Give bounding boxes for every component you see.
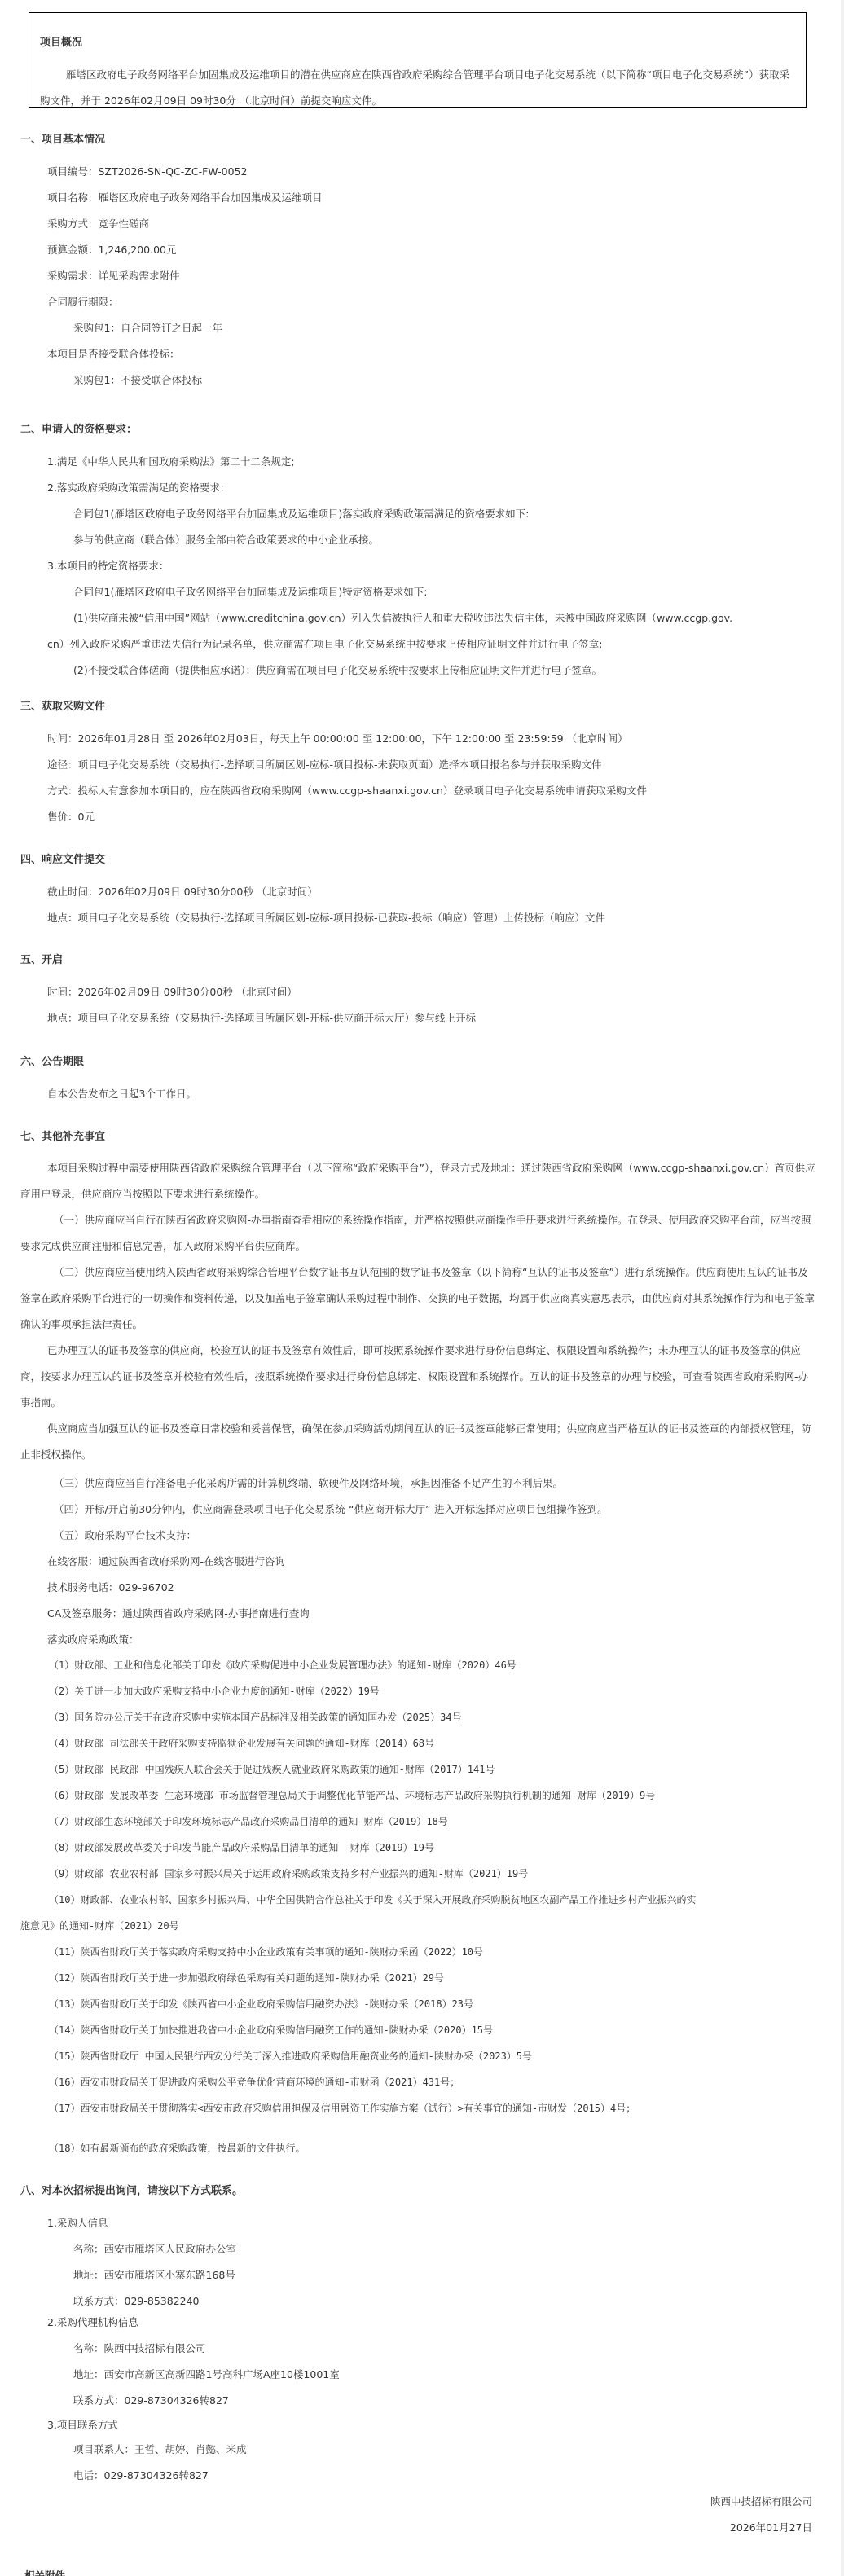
policy-item: （13）陕西省财政厅关于印发《陕西省中小企业政府采购信用融资办法》-陕财办采（2…: [49, 1997, 473, 2011]
section-6-heading: 六、公告期限: [20, 1053, 84, 1068]
acquire-time: 时间：2026年01月28日 至 2026年02月03日，每天上午 00:00:…: [47, 731, 628, 745]
attachments-heading: 相关附件: [24, 2568, 65, 2576]
consortium-label: 本项目是否接受联合体投标：: [47, 346, 180, 361]
ca-signature-service: CA及签章服务：通过陕西省政府采购网-办事指南进行查询: [47, 1606, 310, 1620]
qualification-2: 2.落实政府采购政策需满足的资格要求：: [47, 480, 230, 495]
consortium-package-1: 采购包1：不接受联合体投标: [73, 372, 202, 387]
certificate-safekeeping-paragraph: 供应商应当加强互认的证书及签章日常校验和妥善保管，确保在参加采购活动期间互认的证…: [20, 1416, 817, 1468]
certificate-bind-paragraph: 已办理互认的证书及签章的供应商，校验互认的证书及签章有效性后，即可按照系统操作要…: [20, 1338, 817, 1416]
agency-info-label: 2.采购代理机构信息: [47, 2314, 138, 2329]
policy-item: （18）如有最新颁布的政府采购政策，按最新的文件执行。: [49, 2141, 305, 2155]
policy-item: （8）财政部发展改革委关于印发节能产品政府采购品目清单的通知 -财库（2019）…: [49, 1840, 434, 1854]
project-name: 项目名称：雁塔区政府电子政务网络平台加固集成及运维项目: [47, 190, 323, 204]
instruction-3: （三）供应商应当自行准备电子化采购所需的计算机终端、软硬件及网络环境，承担因准备…: [54, 1475, 563, 1490]
project-contact-label: 3.项目联系方式: [47, 2417, 118, 2432]
policy-item: （4）财政部 司法部关于政府采购支持监狱企业发展有关问题的通知-财库（2014）…: [49, 1736, 434, 1750]
qualification-3: 3.本项目的特定资格要求：: [47, 558, 169, 573]
policy-item: （10）财政部、农业农村部、国家乡村振兴局、中华全国供销合作总社关于印发《关于深…: [49, 1892, 696, 1906]
contract-period-label: 合同履行期限：: [47, 294, 119, 309]
policy-item: （15）陕西省财政厅 中国人民银行西安分行关于深入推进政府采购信用融资业务的通知…: [49, 2049, 532, 2063]
instruction-2-paragraph: （二）供应商应当使用纳入陕西省政府采购综合管理平台数字证书互认范围的数字证书及签…: [20, 1259, 817, 1338]
policy-item-cont: 施意见》的通知-财库（2021）20号: [20, 1919, 179, 1932]
overview-text: 雁塔区政府电子政务网络平台加固集成及运维项目的潜在供应商应在陕西省政府采购综合管…: [40, 62, 796, 114]
agency-contact: 联系方式：029-87304326转827: [73, 2393, 229, 2407]
submission-deadline: 截止时间：2026年02月09日 09时30分00秒 （北京时间）: [47, 884, 318, 899]
instruction-1-paragraph: （一）供应商应当自行在陕西省政府采购网-办事指南查看相应的系统操作指南，并严格按…: [20, 1207, 817, 1259]
signature-date: 2026年01月27日: [730, 2520, 812, 2534]
section-8-heading: 八、对本次招标提出询问，请按以下方式联系。: [20, 2182, 243, 2197]
policy-item: （12）陕西省财政厅关于进一步加强政府绿色采购有关问题的通知-陕财办采（2021…: [49, 1971, 444, 1985]
qualification-3-item-1-cont: cn）列入政府采购严重违法失信行为记录名单，供应商需在项目电子化交易系统中按要求…: [47, 636, 603, 651]
section-1-heading: 一、项目基本情况: [20, 130, 105, 146]
section-4-heading: 四、响应文件提交: [20, 851, 105, 866]
section-5-heading: 五、开启: [20, 951, 63, 966]
qualification-2-detail: 参与的供应商（联合体）服务全部由符合政策要求的中小企业承接。: [73, 532, 379, 547]
qualification-3-package: 合同包1(雁塔区政府电子政务网络平台加固集成及运维项目)特定资格要求如下:: [73, 584, 427, 599]
purchaser-contact: 联系方式：029-85382240: [73, 2293, 200, 2308]
policy-item: （11）陕西省财政厅关于落实政府采购支持中小企业政策有关事项的通知-陕财办采函（…: [49, 1945, 483, 1958]
policy-label: 落实政府采购政策：: [47, 1632, 139, 1646]
policy-item: （14）陕西省财政厅关于加快推进我省中小企业政府采购信用融资工作的通知-陕财办采…: [49, 2023, 493, 2037]
qualification-3-item-2: (2)不接受联合体磋商（提供相应承诺）；供应商需在项目电子化交易系统中按要求上传…: [73, 662, 602, 677]
purchaser-name: 名称：西安市雁塔区人民政府办公室: [73, 2241, 236, 2256]
section-2-heading: 二、申请人的资格要求：: [20, 420, 137, 436]
agency-name: 名称：陕西中技招标有限公司: [73, 2341, 206, 2355]
project-overview-box: 项目概况 雁塔区政府电子政务网络平台加固集成及运维项目的潜在供应商应在陕西省政府…: [29, 12, 807, 108]
policy-item: （6）财政部 发展改革委 生态环境部 市场监督管理总局关于调整优化节能产品、环境…: [49, 1788, 655, 1802]
qualification-2-package: 合同包1(雁塔区政府电子政务网络平台加固集成及运维项目)落实政府采购政策需满足的…: [73, 506, 529, 521]
policy-item: （16）西安市财政局关于促进政府采购公平竞争优化营商环境的通知-市财函（2021…: [49, 2075, 459, 2089]
submission-location: 地点：项目电子化交易系统（交易执行-选择项目所属区划-应标-项目投标-已获取-投…: [47, 910, 605, 925]
policy-item: （5）财政部 民政部 中国残疾人联合会关于促进残疾人就业政府采购政策的通知-财库…: [49, 1762, 495, 1776]
qualification-1: 1.满足《中华人民共和国政府采购法》第二十二条规定;: [47, 454, 295, 468]
qualification-3-item-1: (1)供应商未被“信用中国”网站（www.creditchina.gov.cn）…: [73, 610, 732, 625]
opening-time: 时间：2026年02月09日 09时30分00秒 （北京时间）: [47, 984, 297, 999]
procurement-method: 采购方式：竞争性磋商: [47, 216, 149, 231]
policy-item: （9）财政部 农业农村部 国家乡村振兴局关于运用政府采购政策支持乡村产业振兴的通…: [49, 1866, 528, 1880]
acquire-route: 途径：项目电子化交易系统（交易执行-选择项目所属区划-应标-项目投标-未获取页面…: [47, 757, 602, 771]
project-contact-phone: 电话：029-87304326转827: [73, 2468, 209, 2482]
instruction-5: （五）政府采购平台技术支持：: [54, 1528, 196, 1542]
section-3-heading: 三、获取采购文件: [20, 697, 105, 713]
agency-address: 地址：西安市高新区高新四路1号高科广场A座10楼1001室: [73, 2367, 340, 2381]
contract-period-package-1: 采购包1：自合同签订之日起一年: [73, 320, 222, 335]
policy-item: （17）西安市财政局关于贯彻落实<西安市政府采购信用担保及信用融资工作实施方案（…: [49, 2101, 635, 2115]
tech-support-phone: 技术服务电话：029-96702: [47, 1580, 174, 1594]
instruction-4: （四）开标/开启前30分钟内，供应商需登录项目电子化交易系统-“供应商开标大厅”…: [54, 1501, 608, 1516]
procurement-requirement: 采购需求：详见采购需求附件: [47, 268, 180, 283]
opening-location: 地点：项目电子化交易系统（交易执行-选择项目所属区划-开标-供应商开标大厅）参与…: [47, 1010, 476, 1025]
acquire-price: 售价：0元: [47, 809, 95, 824]
acquire-method: 方式：投标人有意参加本项目的，应在陕西省政府采购网（www.ccgp-shaan…: [47, 783, 647, 798]
policy-item: （1）财政部、工业和信息化部关于印发《政府采购促进中小企业发展管理办法》的通知-…: [49, 1658, 517, 1672]
budget-amount: 预算金额：1,246,200.00元: [47, 242, 177, 257]
purchaser-address: 地址：西安市雁塔区小寨东路168号: [73, 2267, 235, 2282]
project-contact-persons: 项目联系人：王哲、胡婷、肖懿、米成: [73, 2442, 247, 2456]
scrollbar[interactable]: [841, 0, 844, 2576]
policy-item: （2）关于进一步加大政府采购支持中小企业力度的通知-财库（2022）19号: [49, 1684, 380, 1698]
signature-company: 陕西中技招标有限公司: [710, 2494, 812, 2508]
overview-title: 项目概况: [40, 33, 82, 49]
platform-intro-paragraph: 本项目采购过程中需要使用陕西省政府采购综合管理平台（以下简称“政府采购平台”），…: [20, 1155, 817, 1207]
policy-item: （3）国务院办公厅关于在政府采购中实施本国产品标准及相关政策的通知国办发（202…: [49, 1710, 462, 1724]
purchaser-info-label: 1.采购人信息: [47, 2215, 108, 2230]
section-7-heading: 七、其他补充事宜: [20, 1128, 105, 1143]
policy-item: （7）财政部生态环境部关于印发环境标志产品政府采购品目清单的通知-财库（2019…: [49, 1814, 448, 1828]
announcement-period: 自本公告发布之日起3个工作日。: [47, 1086, 196, 1101]
project-number: 项目编号：SZT2026-SN-QC-ZC-FW-0052: [47, 164, 247, 178]
online-service: 在线客服：通过陕西省政府采购网-在线客服进行咨询: [47, 1554, 285, 1568]
